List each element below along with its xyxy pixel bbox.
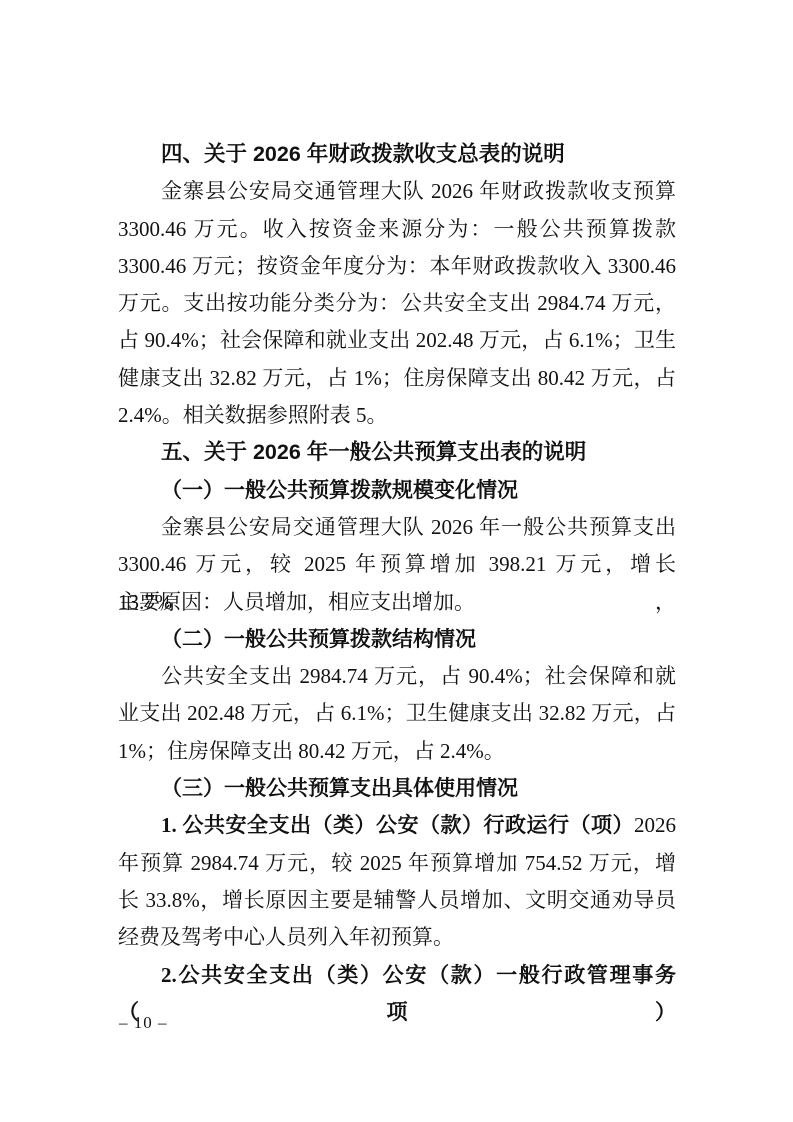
body-line: 健康支出 32.82 万元，占 1%；住房保障支出 80.42 万元，占 <box>118 360 676 397</box>
body-line: 长 33.8%，增长原因主要是辅警人员增加、文明交通劝导员 <box>118 882 676 919</box>
body-line: 万元。支出按功能分类分为：公共安全支出 2984.74 万元， <box>118 285 676 322</box>
item-line-1: 1. 公共安全支出（类）公安（款）行政运行（项）2026 <box>118 807 676 844</box>
body-line: 金寨县公安局交通管理大队 2026 年一般公共预算支出 <box>118 509 676 546</box>
subheading-2: （二）一般公共预算拨款结构情况 <box>118 621 676 658</box>
body-line: 3300.46 万元，较 2025 年预算增加 398.21 万元，增长 13.… <box>118 546 676 583</box>
body-line: 3300.46 万元；按资金年度分为：本年财政拨款收入 3300.46 <box>118 248 676 285</box>
body-line: 金寨县公安局交通管理大队 2026 年财政拨款收支预算 <box>118 173 676 210</box>
body-line: 2.4%。相关数据参照附表 5。 <box>118 397 676 434</box>
body-line: 经费及驾考中心人员列入年初预算。 <box>118 919 676 956</box>
body-line: 公共安全支出 2984.74 万元，占 90.4%；社会保障和就 <box>118 658 676 695</box>
heading-section-5: 五、关于 2026 年一般公共预算支出表的说明 <box>118 434 676 471</box>
item-1-bold-lead: 1. 公共安全支出（类）公安（款）行政运行（项） <box>161 813 634 837</box>
body-line: 3300.46 万元。收入按资金来源分为：一般公共预算拨款 <box>118 211 676 248</box>
heading-section-4: 四、关于 2026 年财政拨款收支总表的说明 <box>118 136 676 173</box>
page-number: – 10 – <box>119 1011 168 1035</box>
body-line: 占 90.4%；社会保障和就业支出 202.48 万元，占 6.1%；卫生 <box>118 322 676 359</box>
item-1-tail: 2026 <box>634 813 676 837</box>
body-line: 业支出 202.48 万元，占 6.1%；卫生健康支出 32.82 万元，占 <box>118 695 676 732</box>
body-line: 年预算 2984.74 万元，较 2025 年预算增加 754.52 万元，增 <box>118 845 676 882</box>
body-line: 1%；住房保障支出 80.42 万元，占 2.4%。 <box>118 733 676 770</box>
subheading-1: （一）一般公共预算拨款规模变化情况 <box>118 472 676 509</box>
document-page: 四、关于 2026 年财政拨款收支总表的说明 金寨县公安局交通管理大队 2026… <box>118 136 676 994</box>
item-line-2: 2.公共安全支出（类）公安（款）一般行政管理事务（项） <box>118 957 676 994</box>
subheading-3: （三）一般公共预算支出具体使用情况 <box>118 770 676 807</box>
